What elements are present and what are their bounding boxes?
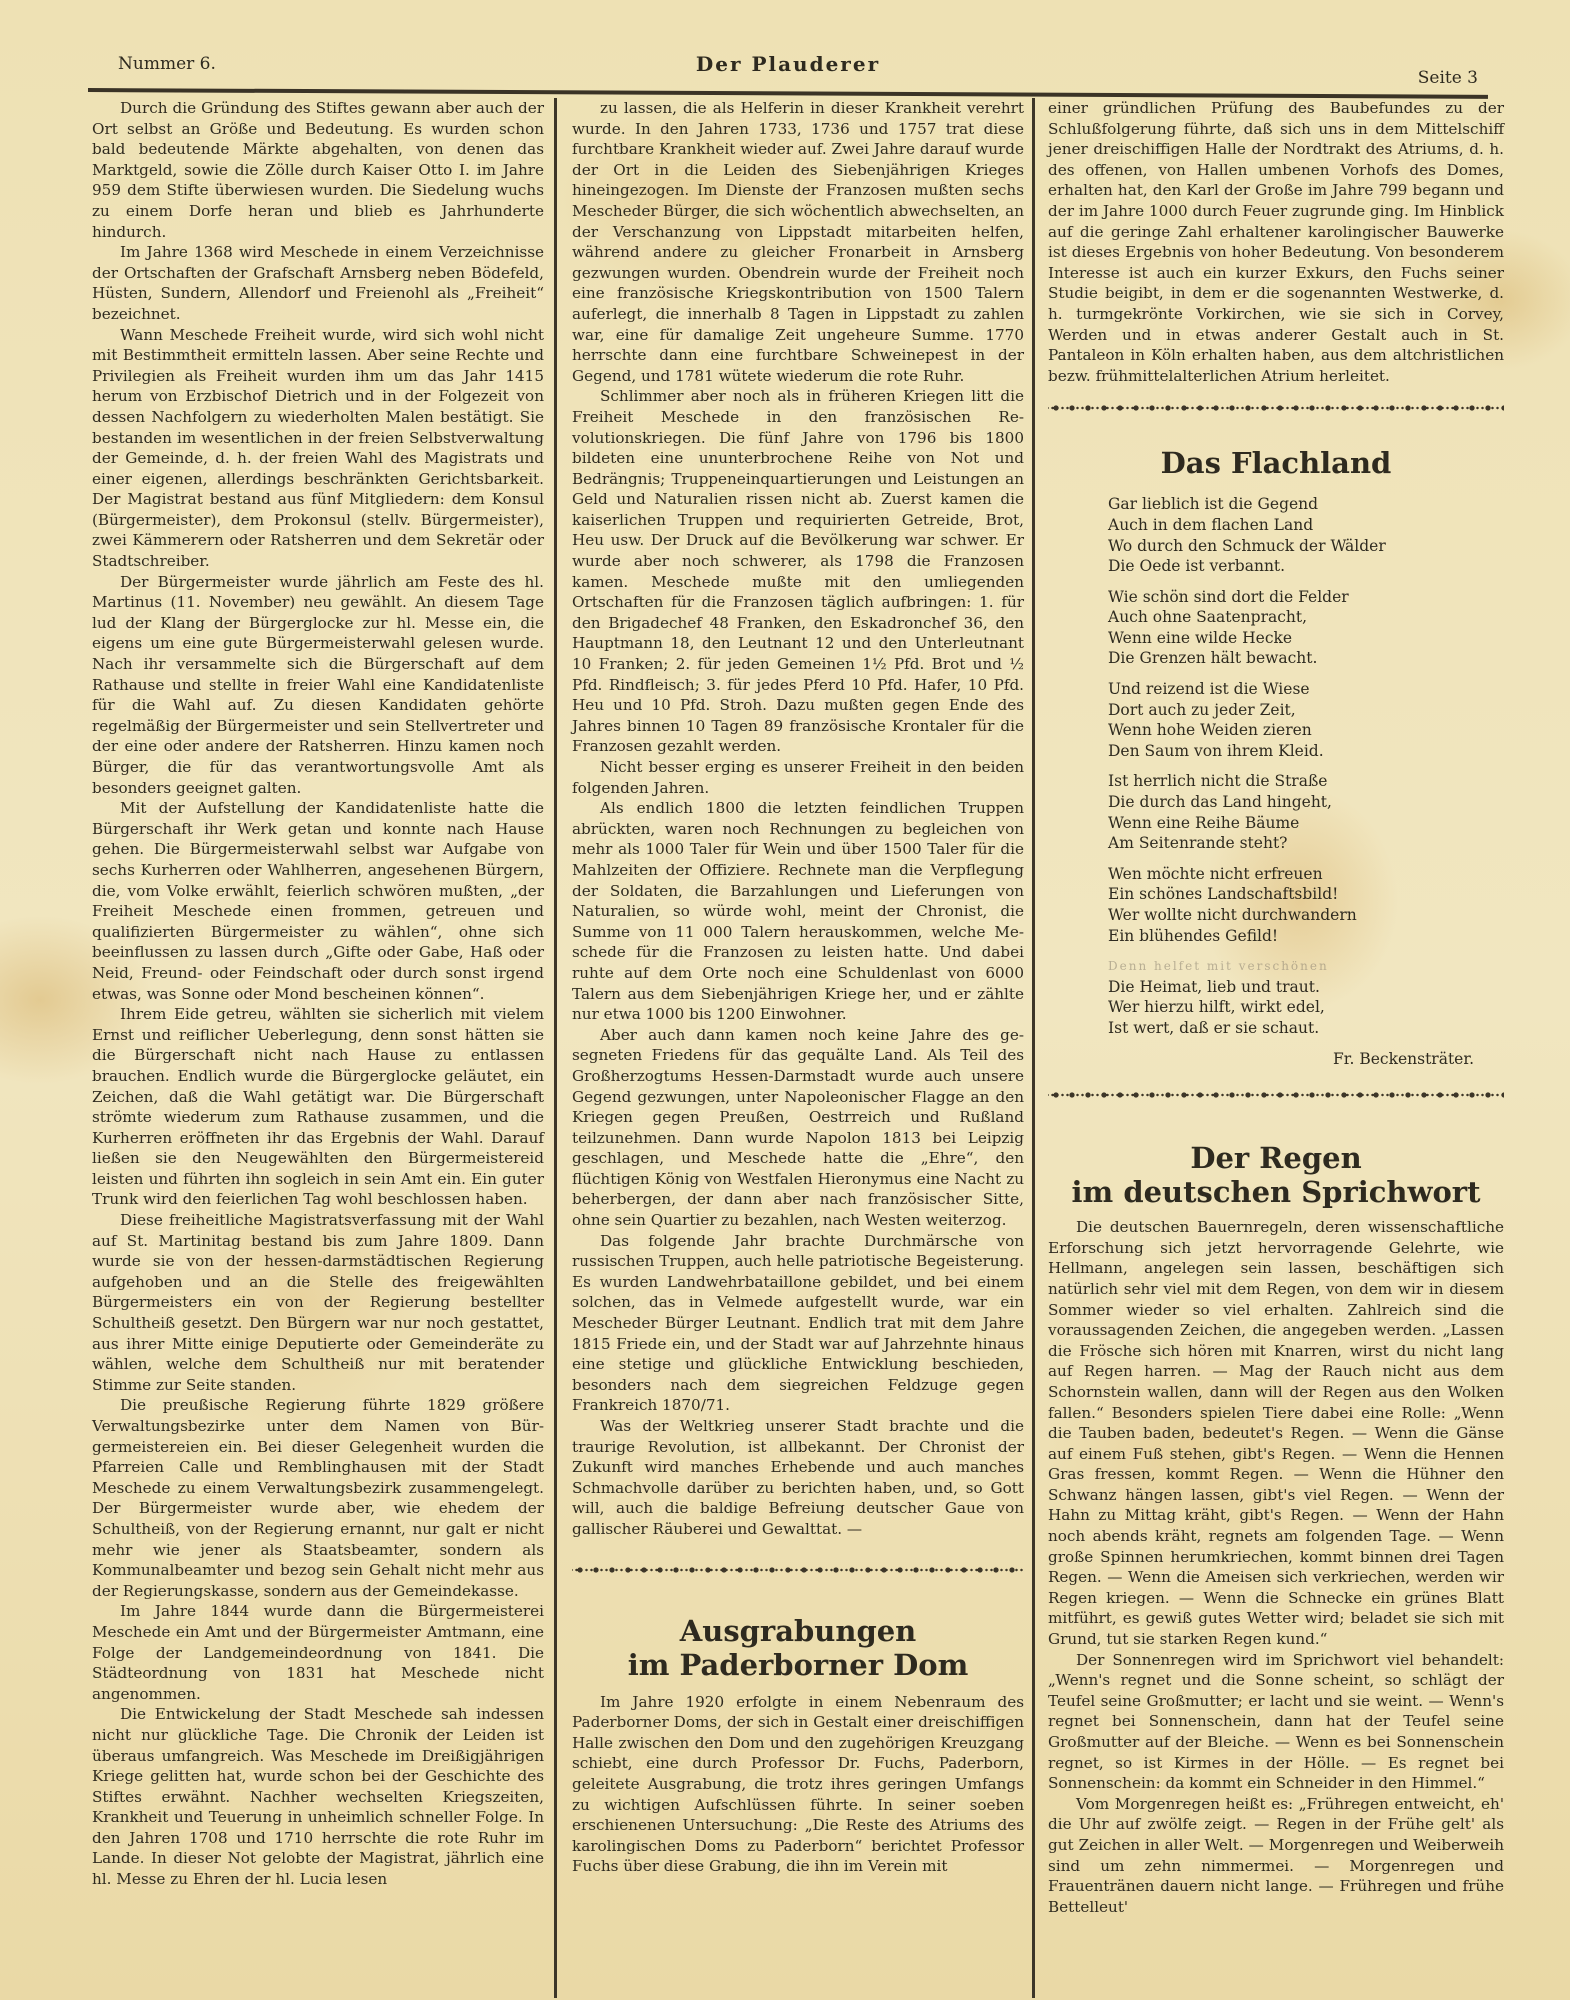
paragraph: Der Bürgermeister wurde jährlich am Fest…: [92, 572, 544, 799]
poem-title: Das Flachland: [1048, 446, 1504, 480]
paragraph: Aber auch dann kamen noch keine Jahre de…: [572, 1025, 1024, 1231]
paragraph: Was der Weltkrieg unserer Stadt brachte …: [572, 1416, 1024, 1540]
ornamental-separator: [1048, 404, 1504, 412]
poem-line: Auch ohne Saatenpracht,: [1108, 607, 1504, 628]
poem-line: Wie schön sind dort die Felder: [1108, 587, 1504, 608]
ornamental-separator: [572, 1566, 1024, 1574]
article-headline-regen: Der Regen im deutschen Sprichwort: [1048, 1141, 1504, 1209]
column-divider: [1032, 98, 1035, 1998]
poem-line: Den Saum von ihrem Kleid.: [1108, 741, 1504, 762]
poem-line: Die durch das Land hingeht,: [1108, 792, 1504, 813]
poem-line: Ist herrlich nicht die Straße: [1108, 771, 1504, 792]
headline-line: Ausgrabungen: [680, 1614, 917, 1648]
paragraph: Diese freiheitliche Magistratsverfassung…: [92, 1210, 544, 1395]
paragraph: Als endlich 1800 die letzten feindlichen…: [572, 798, 1024, 1025]
paragraph: zu lassen, die als Helferin in dieser Kr…: [572, 98, 1024, 386]
paragraph: Die deutschen Bauernregeln, deren wissen…: [1048, 1217, 1504, 1649]
paragraph: Schlimmer aber noch als in früheren Krie…: [572, 386, 1024, 757]
paragraph: Der Sonnenregen wird im Sprichwort viel …: [1048, 1650, 1504, 1794]
poem-line: Wen möchte nicht erfreuen: [1108, 864, 1504, 885]
headline-line: Der Regen: [1190, 1141, 1361, 1175]
ornamental-separator: [1048, 1091, 1504, 1099]
poem-line: Wenn eine Reihe Bäume: [1108, 813, 1504, 834]
poem-line: Wenn eine wilde Hecke: [1108, 628, 1504, 649]
poem-line: Die Oede ist verbannt.: [1108, 556, 1504, 577]
page-number: Seite 3: [1418, 68, 1478, 88]
poem-line: Wer wollte nicht durchwandern: [1108, 905, 1504, 926]
poem-line: Wer hierzu hilft, wirkt edel,: [1108, 997, 1504, 1018]
newspaper-title: Der Plauderer: [88, 52, 1488, 76]
paragraph: Vom Morgenregen heißt es: „Frühregen ent…: [1048, 1794, 1504, 1918]
paragraph: Ihrem Eide getreu, wählten sie sicherlic…: [92, 1004, 544, 1210]
paragraph: Die Entwickelung der Stadt Meschede sah …: [92, 1704, 544, 1889]
column-3: einer gründlichen Prüfung des Baubefunde…: [1048, 98, 1504, 1917]
poem-line: Die Grenzen hält bewacht.: [1108, 648, 1504, 669]
stanza: Denn helfet mit verschönen Die Heimat, l…: [1108, 956, 1504, 1038]
stanza: Wen möchte nicht erfreuen Ein schönes La…: [1108, 864, 1504, 946]
poem: Gar lieblich ist die Gegend Auch in dem …: [1108, 494, 1504, 1038]
column-1: Durch die Gründung des Stiftes gewann ab…: [92, 98, 544, 1890]
paragraph: Das folgende Jahr brachte Durchmärsche v…: [572, 1231, 1024, 1416]
poem-line: Die Heimat, lieb und traut.: [1108, 977, 1504, 998]
poem-line: Ist wert, daß er sie schaut.: [1108, 1018, 1504, 1039]
paragraph: Die preußische Regierung führte 1829 grö…: [92, 1395, 544, 1601]
poem-line: Ein blühendes Gefild!: [1108, 926, 1504, 947]
stanza: Wie schön sind dort die Felder Auch ohne…: [1108, 587, 1504, 669]
paragraph: einer gründlichen Prüfung des Baubefunde…: [1048, 98, 1504, 386]
headline-line: im deutschen Sprichwort: [1072, 1175, 1481, 1209]
column-divider: [554, 98, 557, 1998]
paragraph: Mit der Aufstellung der Kandidatenliste …: [92, 798, 544, 1004]
poem-line: Ein schönes Landschaftsbild!: [1108, 884, 1504, 905]
paragraph: Im Jahre 1844 wurde dann die Bürger­meis…: [92, 1601, 544, 1704]
poem-line: Am Seitenrande steht?: [1108, 833, 1504, 854]
paragraph: Wann Meschede Freiheit wurde, wird sich …: [92, 325, 544, 572]
poem-line: Gar lieblich ist die Gegend: [1108, 494, 1504, 515]
masthead: Nummer 6. Der Plauderer Seite 3: [88, 50, 1488, 90]
poem-author: Fr. Beckensträter.: [1048, 1049, 1474, 1070]
paragraph: Durch die Gründung des Stiftes gewann ab…: [92, 98, 544, 242]
article-headline-ausgrabungen: Ausgrabungen im Paderborner Dom: [572, 1614, 1024, 1682]
paragraph: Im Jahre 1368 wird Meschede in einem Ver…: [92, 242, 544, 324]
poem-line: Auch in dem flachen Land: [1108, 515, 1504, 536]
poem-line: Wo durch den Schmuck der Wälder: [1108, 536, 1504, 557]
stanza: Ist herrlich nicht die Straße Die durch …: [1108, 771, 1504, 853]
paragraph: Nicht besser erging es unserer Freiheit …: [572, 757, 1024, 798]
headline-line: im Paderborner Dom: [628, 1648, 969, 1682]
poem-line: Wenn hohe Weiden zieren: [1108, 720, 1504, 741]
stanza: Gar lieblich ist die Gegend Auch in dem …: [1108, 494, 1504, 576]
poem-line: Dort auch zu jeder Zeit,: [1108, 700, 1504, 721]
paragraph: Im Jahre 1920 erfolgte in einem Nebenrau…: [572, 1692, 1024, 1877]
stanza: Und reizend ist die Wiese Dort auch zu j…: [1108, 679, 1504, 761]
poem-line-faded: Denn helfet mit verschönen: [1108, 956, 1504, 977]
poem-line: Und reizend ist die Wiese: [1108, 679, 1504, 700]
column-2: zu lassen, die als Helferin in dieser Kr…: [572, 98, 1024, 1877]
